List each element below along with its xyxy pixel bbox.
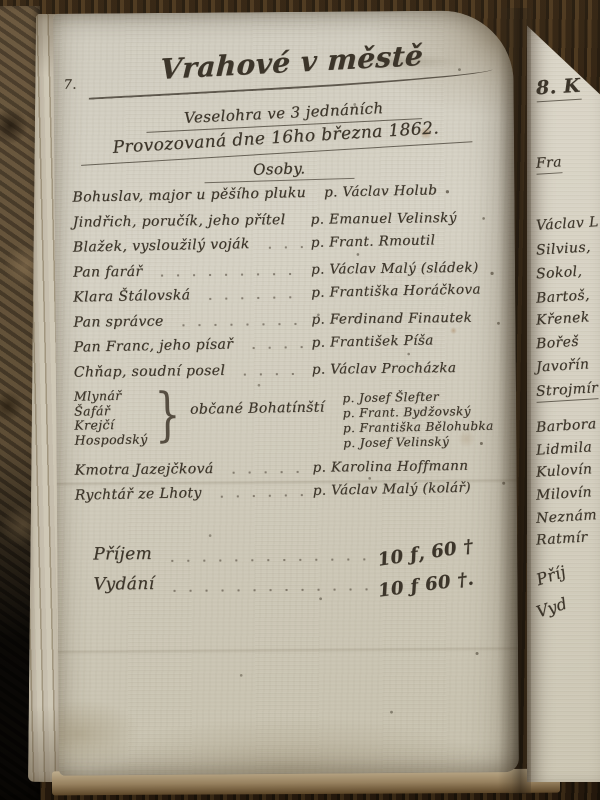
text-fragment: Václav L (536, 214, 600, 234)
expense-label: Vydání (93, 574, 154, 594)
text-fragment: Milovín (536, 484, 593, 503)
role-name: Pan farář (73, 261, 143, 284)
text-fragment: Javořín (536, 356, 590, 375)
dotted-leader (259, 232, 303, 258)
text-fragment: Kulovín (536, 461, 593, 480)
actor-name: p. Frant. Rmoutil (311, 228, 503, 254)
text-fragment: Lidmila (536, 439, 593, 458)
text-fragment: Bartoš, (536, 287, 591, 306)
accounts-summary: Příjem 10 ƒ, 60 † Vydání 10 ƒ 60 †. (93, 540, 499, 603)
text-fragment: Příj (534, 562, 568, 589)
role-name: Pan Franc, jeho písař (73, 333, 233, 358)
curly-brace: } (154, 380, 181, 448)
actor-name: p. Josef Velinský (343, 434, 505, 452)
actor-name: p. Karolina Hoffmann (312, 454, 504, 478)
book-photo: 7. Vrahové v městě Veselohra ve 3 jednán… (0, 0, 600, 800)
bracket-group-roles: Mlynář Šafář Krejčí Hospodský (74, 388, 148, 447)
text-fragment: Barbora (536, 416, 597, 436)
actor-name: p. Ferdinand Finautek (311, 306, 503, 330)
actor-name: p. Emanuel Velinský (310, 206, 502, 230)
dotted-leader (295, 209, 302, 234)
dotted-leader (334, 383, 335, 445)
text-fragment: Křenek (536, 309, 591, 328)
dotted-leader (162, 541, 369, 573)
role-name: Bohuslav, major u pěšího pluku (72, 182, 306, 209)
bracket-group-actors: p. Josef Šlefter p. Frant. Bydžovský p. … (342, 389, 504, 452)
text-fragment: Fra (535, 154, 562, 175)
role-name: Kmotra Jazejčková (74, 458, 213, 482)
income-amount: 10 ƒ, 60 † (376, 532, 500, 571)
role-name: Blažek, vysloužilý voják (73, 233, 250, 259)
actor-name: p. Václav Malý (kolář) (313, 476, 505, 502)
expense-row: Vydání 10 ƒ 60 †. (93, 570, 499, 603)
cast-list: Bohuslav, major u pěšího pluku p. Václav… (72, 183, 505, 509)
actor-name: p. Václav Malý (sládek) (311, 256, 503, 280)
dotted-leader (200, 282, 303, 309)
text-fragment: Silvius, (536, 239, 592, 258)
actor-name: p. Václav Procházka (312, 356, 504, 380)
role-name: Pan správce (73, 311, 163, 334)
dotted-leader (224, 457, 305, 483)
actor-name: p. Václav Holub (324, 178, 503, 204)
next-entry-number: 8. K (535, 75, 581, 103)
income-label: Příjem (93, 544, 152, 564)
page-title: Vrahové v městě (89, 35, 495, 100)
income-row: Příjem 10 ƒ, 60 † (93, 540, 499, 573)
cast-section-header: Osoby. (204, 158, 355, 183)
text-fragment: Vyd (534, 594, 570, 622)
dotted-leader (212, 480, 306, 507)
role-name: Rychtář ze Lhoty (75, 482, 202, 507)
margin-number: 7. (64, 78, 77, 93)
text-fragment: Sokol, (536, 264, 583, 283)
actor-name: p. Františka Horáčkova (311, 278, 503, 304)
dotted-leader (243, 332, 304, 358)
role-name: Klara Štálovská (73, 284, 191, 308)
role-name: Mlynář (74, 388, 147, 404)
text-fragment: Neznám (536, 507, 598, 527)
text-fragment: Strojmír (535, 380, 598, 403)
role-name: Hospodský (74, 432, 147, 448)
expense-amount: 10 ƒ 60 †. (377, 565, 501, 602)
actor-name: p. František Píša (311, 328, 503, 354)
bracket-group-label: občané Bohatínští (190, 400, 325, 418)
text-fragment: Bořeš (536, 334, 580, 353)
text-fragment: Ratmír (536, 529, 589, 548)
bracket-group: Mlynář Šafář Krejčí Hospodský } občané B… (74, 381, 505, 450)
dotted-leader (235, 359, 304, 385)
ink-specks (53, 14, 55, 16)
right-page: 8. K Fra Václav L Silvius, Sokol, Bartoš… (527, 18, 600, 782)
role-name: Jindřich, poručík, jeho přítel (73, 209, 286, 234)
dotted-leader (164, 571, 369, 603)
left-page: 7. Vrahové v městě Veselohra ve 3 jednán… (53, 10, 519, 776)
role-name: Chňap, soudní posel (74, 360, 226, 384)
dotted-leader (316, 182, 317, 207)
